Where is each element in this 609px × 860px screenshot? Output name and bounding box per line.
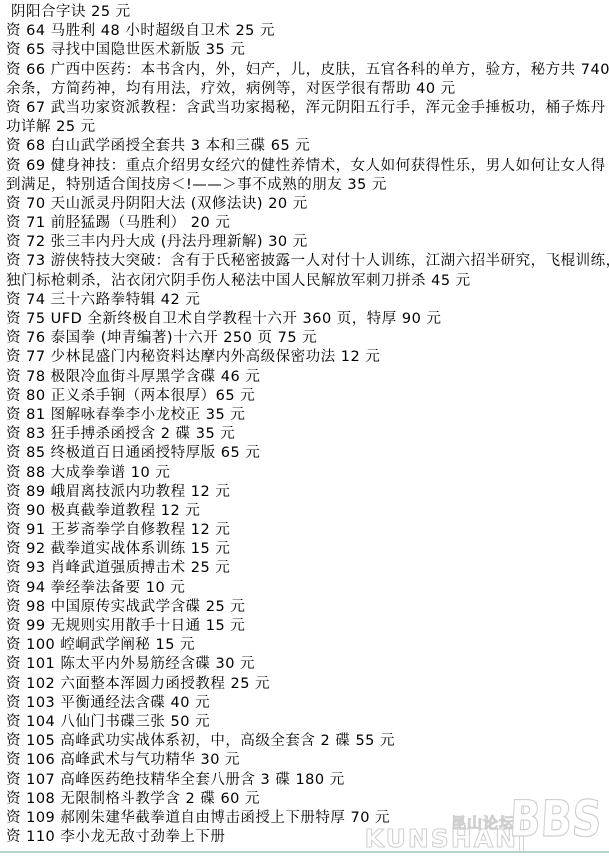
list-line: 资 103 平衡通经法含碟 40 元 <box>6 694 609 713</box>
list-line: 资 88 大成拳拳谱 10 元 <box>6 464 609 483</box>
list-line: 资 75 UFD 全新终极自卫术自学教程十六开 360 页，特厚 90 元 <box>6 310 609 329</box>
list-line: 资 102 六面整本浑圆力函授教程 25 元 <box>6 675 609 694</box>
list-line: 资 93 肖峰武道强质搏击术 25 元 <box>6 559 609 578</box>
list-line: 功详解 25 元 <box>6 118 609 137</box>
list-line: 资 67 武当功家资派教程：含武当功家揭秘，浑元阴阳五行手，浑元金手捶板功，桶子… <box>6 99 609 118</box>
list-line: 资 99 无规则实用散手十日通 15 元 <box>6 617 609 636</box>
list-line: 资 85 终极道百日通函授特厚版 65 元 <box>6 444 609 463</box>
list-line: 到满足，特别适合闺技房＜!——＞事不成熟的朋友 35 元 <box>6 176 609 195</box>
list-line: 资 70 天山派灵丹阴阳大法 (双修法诀) 20 元 <box>6 195 609 214</box>
page: 阴阳合字诀 25 元 资 64 马胜利 48 小时超级自卫术 25 元 资 65… <box>0 0 609 860</box>
list-line: 资 66 广西中医药：本书含内，外，妇产，儿，皮肤，五官各科的单方，验方，秘方共… <box>6 61 609 80</box>
list-line: 资 94 拳经拳法备要 10 元 <box>6 579 609 598</box>
price-list: 阴阳合字诀 25 元 资 64 马胜利 48 小时超级自卫术 25 元 资 65… <box>6 3 609 847</box>
list-line: 资 69 健身神技：重点介绍男女经穴的健性养情术，女人如何获得性乐，男人如何让女… <box>6 157 609 176</box>
list-line: 资 91 王芗斋拳学自修教程 12 元 <box>6 521 609 540</box>
list-line: 资 81 图解咏春拳李小龙校正 35 元 <box>6 406 609 425</box>
list-line: 资 83 狂手搏杀函授含 2 碟 35 元 <box>6 425 609 444</box>
list-line: 资 73 游侠特技大突破：含有于氏秘密披露一人对付十人训练，江湖六招半研究，飞棍… <box>6 252 609 271</box>
list-line: 资 109 郝刚朱建华截拳道自由博击函授上下册特厚 70 元 <box>6 809 609 828</box>
list-line: 资 90 极真截拳道教程 12 元 <box>6 502 609 521</box>
list-line: 资 72 张三丰内丹大成 (丹法丹理新解) 30 元 <box>6 233 609 252</box>
list-line: 资 64 马胜利 48 小时超级自卫术 25 元 <box>6 22 609 41</box>
list-line: 资 76 泰国拳 (坤青编著)十六开 250 页 75 元 <box>6 329 609 348</box>
list-line: 资 68 白山武学函授全套共 3 本和三碟 65 元 <box>6 137 609 156</box>
list-line: 资 105 高峰武功实战体系初，中，高级全套含 2 碟 55 元 <box>6 732 609 751</box>
list-line: 资 101 陈太平内外易筋经含碟 30 元 <box>6 655 609 674</box>
list-line: 资 107 高峰医药绝技精华全套八册含 3 碟 180 元 <box>6 771 609 790</box>
list-line: 资 78 极限冷血街斗厚黑学含碟 46 元 <box>6 368 609 387</box>
list-line: 独门标枪刺杀，沾衣闭穴阴手伤人秘法中国人民解放军刺刀拼杀 45 元 <box>6 272 609 291</box>
list-line: 资 74 三十六路拳特辑 42 元 <box>6 291 609 310</box>
list-line: 资 80 正义杀手锏（两本很厚）65 元 <box>6 387 609 406</box>
list-line: 资 89 峨眉离技派内功教程 12 元 <box>6 483 609 502</box>
list-line: 资 65 寻找中国隐世医术新版 35 元 <box>6 41 609 60</box>
bottom-divider-line <box>0 851 609 853</box>
list-line: 资 98 中国原传实战武学含碟 25 元 <box>6 598 609 617</box>
list-line: 资 108 无限制格斗教学含 2 碟 60 元 <box>6 790 609 809</box>
list-line: 资 71 前胫猛踢（马胜利） 20 元 <box>6 214 609 233</box>
list-line: 资 100 崆峒武学阐秘 15 元 <box>6 636 609 655</box>
list-line: 资 106 高峰武术与气功精华 30 元 <box>6 751 609 770</box>
list-line: 资 77 少林昆盛门内秘资料达摩内外高级保密功法 12 元 <box>6 348 609 367</box>
list-line: 阴阳合字诀 25 元 <box>6 3 609 22</box>
list-line: 资 110 李小龙无敌寸劲拳上下册 <box>6 828 609 847</box>
list-line: 资 104 八仙门书碟三张 50 元 <box>6 713 609 732</box>
list-line: 资 92 截拳道实战体系训练 15 元 <box>6 540 609 559</box>
list-line: 余条，方简药神，均有用法，疗效，病例等，对医学很有帮助 40 元 <box>6 80 609 99</box>
